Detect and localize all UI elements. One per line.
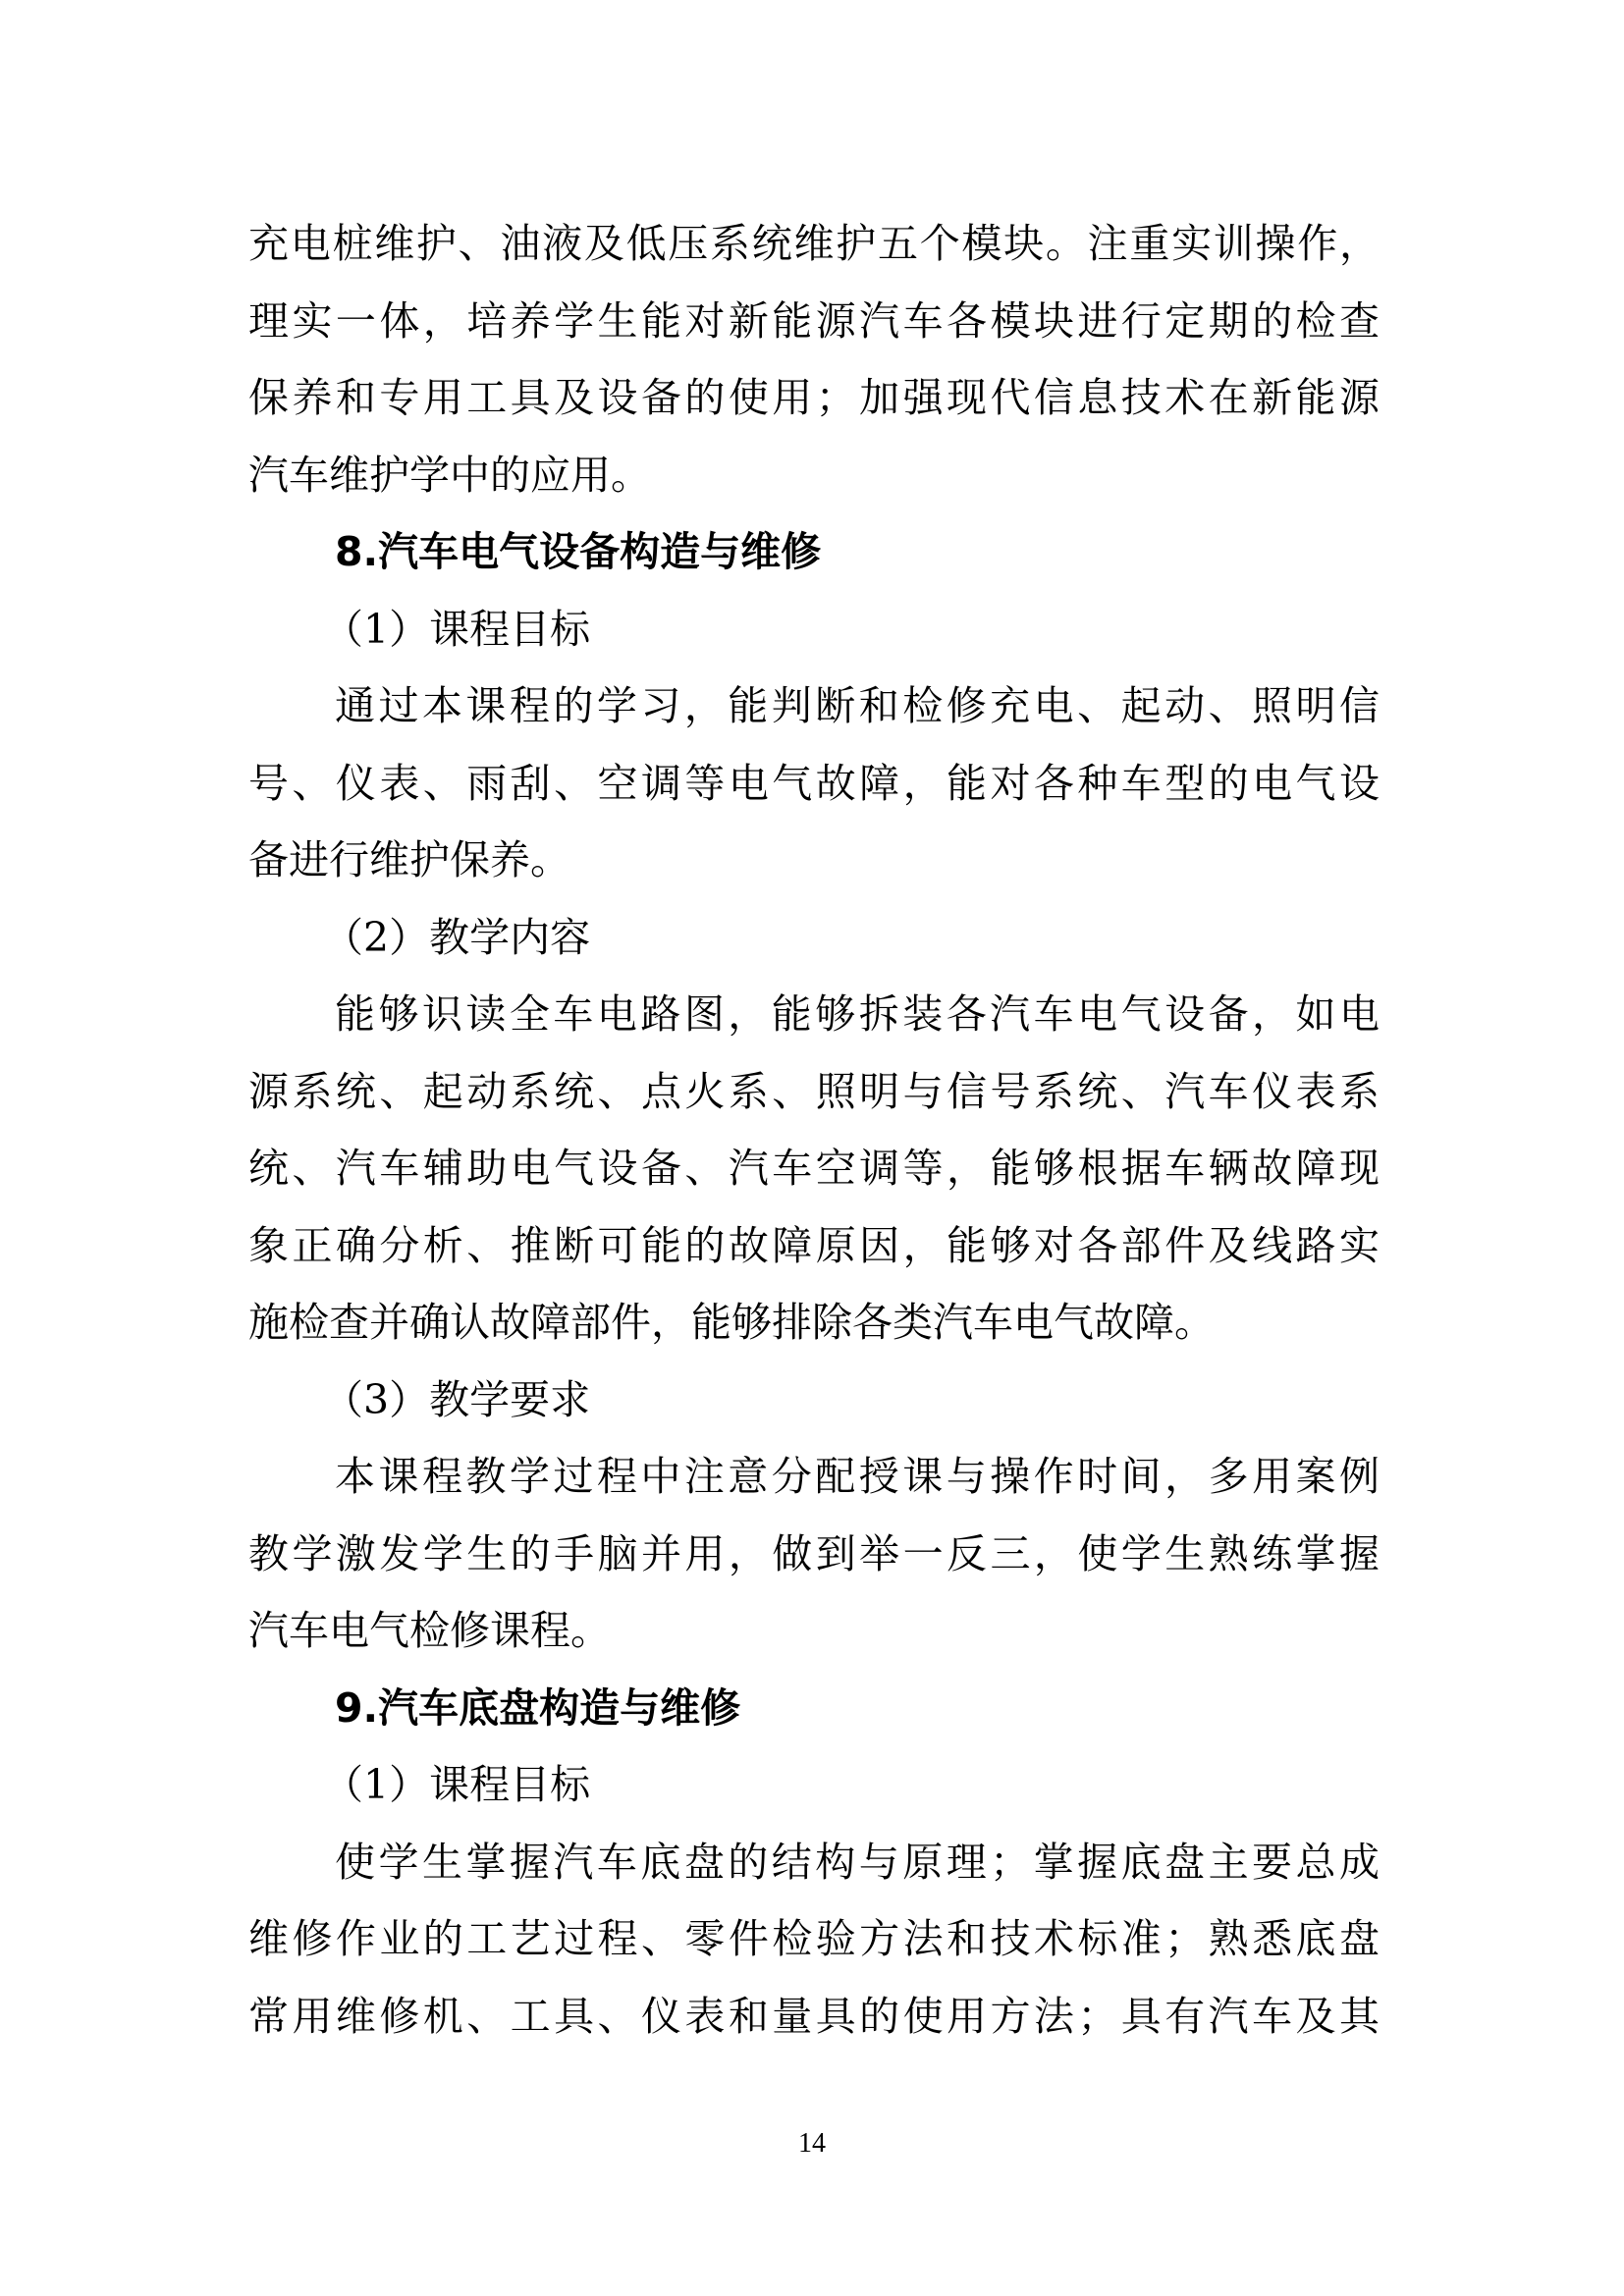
paragraph-line: 常用维修机、工具、仪表和量具的使用方法；具有汽车及其 (248, 1978, 1380, 2056)
paragraph-line: 教学激发学生的手脑并用，做到举一反三，使学生熟练掌握 (248, 1516, 1380, 1593)
paragraph-line: 能够识读全车电路图，能够拆装各汽车电气设备，如电 (248, 976, 1380, 1053)
paragraph-line: 维修作业的工艺过程、零件检验方法和技术标准；熟悉底盘 (248, 1900, 1380, 1978)
paragraph-line: 通过本课程的学习，能判断和检修充电、起动、照明信 (248, 667, 1380, 745)
subheading-teaching-content: （2）教学内容 (248, 899, 1380, 977)
page-number: 14 (0, 2128, 1624, 2160)
paragraph-line: 统、汽车辅助电气设备、汽车空调等，能够根据车辆故障现 (248, 1130, 1380, 1207)
paragraph-line: 汽车维护学中的应用。 (248, 437, 1380, 514)
paragraph-line: 汽车电气检修课程。 (248, 1592, 1380, 1670)
section-heading-9: 9.汽车底盘构造与维修 (248, 1670, 1380, 1747)
paragraph-line: 象正确分析、推断可能的故障原因，能够对各部件及线路实 (248, 1207, 1380, 1285)
subheading-course-objective: （1）课程目标 (248, 591, 1380, 668)
paragraph-line: 备进行维护保养。 (248, 822, 1380, 899)
subheading-course-objective: （1）课程目标 (248, 1746, 1380, 1824)
paragraph-line: 施检查并确认故障部件，能够排除各类汽车电气故障。 (248, 1284, 1380, 1362)
paragraph-line: 保养和专用工具及设备的使用；加强现代信息技术在新能源 (248, 359, 1380, 437)
subheading-teaching-requirements: （3）教学要求 (248, 1362, 1380, 1439)
paragraph-line: 使学生掌握汽车底盘的结构与原理；掌握底盘主要总成 (248, 1824, 1380, 1901)
paragraph-line: 本课程教学过程中注意分配授课与操作时间，多用案例 (248, 1438, 1380, 1516)
paragraph-line: 充电桩维护、油液及低压系统维护五个模块。注重实训操作， (248, 205, 1380, 283)
paragraph-line: 源系统、起动系统、点火系、照明与信号系统、汽车仪表系 (248, 1053, 1380, 1131)
section-heading-8: 8.汽车电气设备构造与维修 (248, 513, 1380, 591)
paragraph-line: 理实一体，培养学生能对新能源汽车各模块进行定期的检查 (248, 283, 1380, 360)
paragraph-line: 号、仪表、雨刮、空调等电气故障，能对各种车型的电气设 (248, 745, 1380, 823)
document-page-body: 充电桩维护、油液及低压系统维护五个模块。注重实训操作， 理实一体，培养学生能对新… (248, 205, 1380, 2055)
